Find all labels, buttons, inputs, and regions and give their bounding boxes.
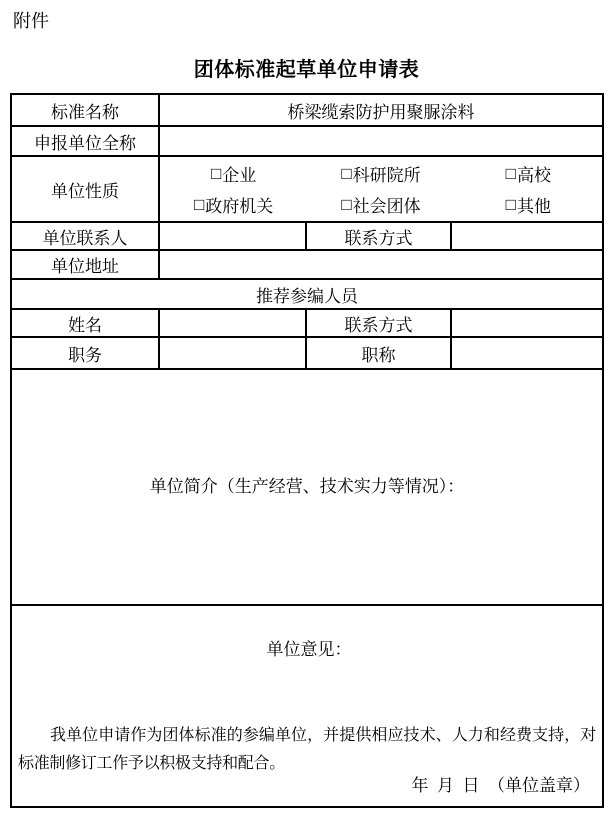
checkbox-label: 社会团体: [353, 192, 421, 217]
unit-contact-method-label: 联系方式: [306, 222, 451, 250]
row-unit-contact: 单位联系人 联系方式: [11, 222, 603, 250]
unit-opinion-cell[interactable]: 单位意见： 我单位申请作为团体标准的参编单位，并提供相应技术、人力和经费支持，对…: [11, 605, 603, 807]
unit-profile-cell[interactable]: 单位简介（生产经营、技术实力等情况）：: [11, 369, 603, 605]
document-page: 附件 团体标准起草单位申请表 标准名称 桥梁缆索防护用聚脲涂料 申报单位全称 单…: [0, 0, 613, 814]
unit-address-value[interactable]: [159, 250, 603, 279]
checkbox-option-government[interactable]: □政府机关: [160, 192, 307, 217]
unit-opinion-statement: 我单位申请作为团体标准的参编单位，并提供相应技术、人力和经费支持，对标准制修订工…: [18, 722, 596, 778]
member-post-label: 职务: [11, 337, 159, 369]
unit-contact-value[interactable]: [159, 222, 306, 250]
row-unit-opinion: 单位意见： 我单位申请作为团体标准的参编单位，并提供相应技术、人力和经费支持，对…: [11, 605, 603, 807]
checkbox-label: 其他: [517, 192, 551, 217]
signature-date-stamp-line: 年 月 日 （单位盖章）: [412, 776, 591, 796]
checkbox-icon[interactable]: □: [211, 164, 221, 184]
applicant-unit-label: 申报单位全称: [11, 126, 159, 156]
standard-name-value[interactable]: 桥梁缆索防护用聚脲涂料: [159, 94, 603, 126]
checkbox-label: 政府机关: [205, 192, 273, 217]
attachment-label: 附件: [13, 10, 49, 32]
unit-contact-method-value[interactable]: [451, 222, 603, 250]
member-name-label: 姓名: [11, 309, 159, 337]
row-applicant-unit: 申报单位全称: [11, 126, 603, 156]
unit-nature-label: 单位性质: [11, 156, 159, 222]
checkbox-option-university[interactable]: □高校: [455, 161, 602, 186]
checkbox-label: 科研院所: [353, 161, 421, 186]
member-post-value[interactable]: [159, 337, 306, 369]
member-title-value[interactable]: [451, 337, 603, 369]
checkbox-icon[interactable]: □: [341, 164, 351, 184]
unit-address-label: 单位地址: [11, 250, 159, 279]
row-standard-name: 标准名称 桥梁缆索防护用聚脲涂料: [11, 94, 603, 126]
row-member-post: 职务 职称: [11, 337, 603, 369]
unit-nature-options: □企业 □科研院所 □高校 □政府机关 □社会团体 □其他: [159, 156, 603, 222]
row-unit-address: 单位地址: [11, 250, 603, 279]
unit-nature-options-grid: □企业 □科研院所 □高校 □政府机关 □社会团体 □其他: [160, 157, 602, 221]
form-title: 团体标准起草单位申请表: [0, 58, 613, 82]
unit-opinion-label: 单位意见：: [12, 634, 602, 660]
checkbox-option-enterprise[interactable]: □企业: [160, 161, 307, 186]
checkbox-icon[interactable]: □: [506, 195, 516, 215]
applicant-unit-value[interactable]: [159, 126, 603, 156]
member-contact-method-label: 联系方式: [306, 309, 451, 337]
member-title-label: 职称: [306, 337, 451, 369]
row-recommended-members-header: 推荐参编人员: [11, 279, 603, 309]
row-unit-profile: 单位简介（生产经营、技术实力等情况）：: [11, 369, 603, 605]
recommended-members-header: 推荐参编人员: [11, 279, 603, 309]
checkbox-icon[interactable]: □: [194, 195, 204, 215]
unit-contact-label: 单位联系人: [11, 222, 159, 250]
checkbox-label: 企业: [222, 161, 256, 186]
checkbox-option-social-organization[interactable]: □社会团体: [307, 192, 454, 217]
row-unit-nature: 单位性质 □企业 □科研院所 □高校 □政府机关 □社会团体 □其他: [11, 156, 603, 222]
member-contact-method-value[interactable]: [451, 309, 603, 337]
application-form-table: 标准名称 桥梁缆索防护用聚脲涂料 申报单位全称 单位性质 □企业 □科研院所 □…: [10, 93, 604, 808]
standard-name-label: 标准名称: [11, 94, 159, 126]
checkbox-label: 高校: [517, 161, 551, 186]
checkbox-option-other[interactable]: □其他: [455, 192, 602, 217]
row-member-name: 姓名 联系方式: [11, 309, 603, 337]
checkbox-option-research-institute[interactable]: □科研院所: [307, 161, 454, 186]
checkbox-icon[interactable]: □: [506, 164, 516, 184]
member-name-value[interactable]: [159, 309, 306, 337]
checkbox-icon[interactable]: □: [341, 195, 351, 215]
unit-profile-label: 单位简介（生产经营、技术实力等情况）：: [12, 477, 602, 497]
